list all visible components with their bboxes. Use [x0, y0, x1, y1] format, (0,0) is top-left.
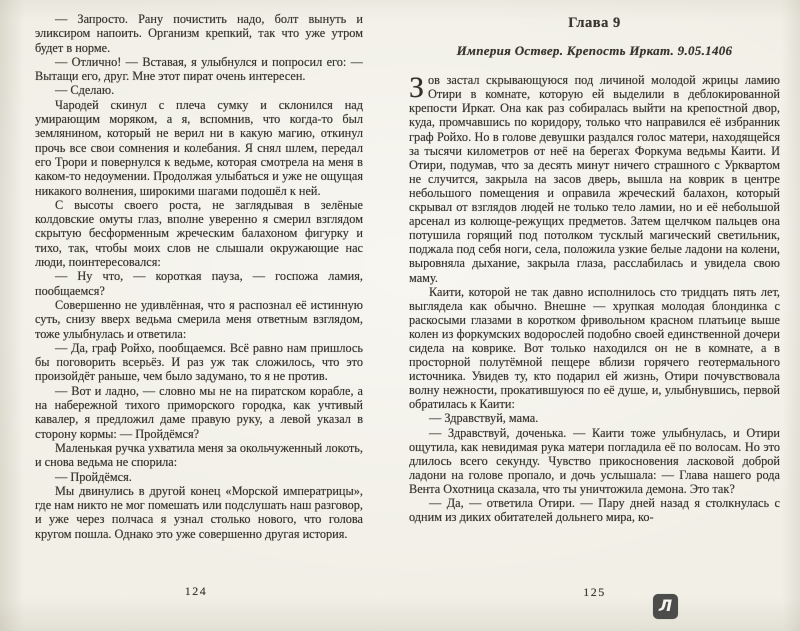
paragraph: Зов застал скрывающуюся под личиной моло… — [409, 73, 780, 284]
paragraph-text: ов застал скрывающуюся под личиной молод… — [409, 73, 780, 284]
labirint-letter: Л — [659, 598, 672, 614]
paragraph: — Вот и ладно, — словно мы не на пиратск… — [35, 384, 363, 441]
left-page-text-column: — Запросто. Рану почистить надо, болт вы… — [35, 12, 363, 590]
paragraph: Совершенно не удивлённая, что я распозна… — [35, 298, 363, 341]
paragraph: — Да, — ответила Отири. — Пару дней наза… — [409, 496, 780, 524]
paragraph: С высоты своего роста, не заглядывая в з… — [35, 198, 363, 269]
page-number-left: 124 — [35, 584, 357, 599]
paragraph: — Запросто. Рану почистить надо, болт вы… — [35, 12, 363, 55]
right-page-text-column: Глава 9 Империя Оствер. Крепость Иркат. … — [409, 8, 780, 590]
page-number-right: 125 — [409, 585, 780, 600]
paragraph: Чародей скинул с плеча сумку и склонился… — [35, 98, 363, 198]
paragraph: — Пройдёмся. — [35, 470, 363, 484]
chapter-heading: Глава 9 — [409, 16, 780, 30]
paragraph: — Отлично! — Вставая, я улыбнулся и попр… — [35, 55, 363, 84]
paragraph: — Здравствуй, мама. — [409, 411, 780, 425]
book-spread-photo: { "colors": { "paper": "#f1efe6", "ink":… — [0, 0, 800, 631]
paragraph: Маленькая ручка ухватила меня за окольчу… — [35, 441, 363, 470]
paragraph: Мы двинулись в другой конец «Морской имп… — [35, 484, 363, 541]
paragraph: Каити, которой не так давно исполнилось … — [409, 285, 780, 412]
chapter-subtitle: Империя Оствер. Крепость Иркат. 9.05.140… — [409, 44, 780, 58]
labirint-watermark: Л — [653, 594, 678, 619]
paragraph: — Здравствуй, доченька. — Каити тоже улы… — [409, 426, 780, 496]
paragraph: — Да, граф Ройхо, пообщаемся. Всё равно … — [35, 341, 363, 384]
paragraph: — Сделаю. — [35, 83, 363, 97]
drop-cap-letter: З — [409, 73, 428, 100]
paragraph: — Ну что, — короткая пауза, — госпожа ла… — [35, 269, 363, 298]
